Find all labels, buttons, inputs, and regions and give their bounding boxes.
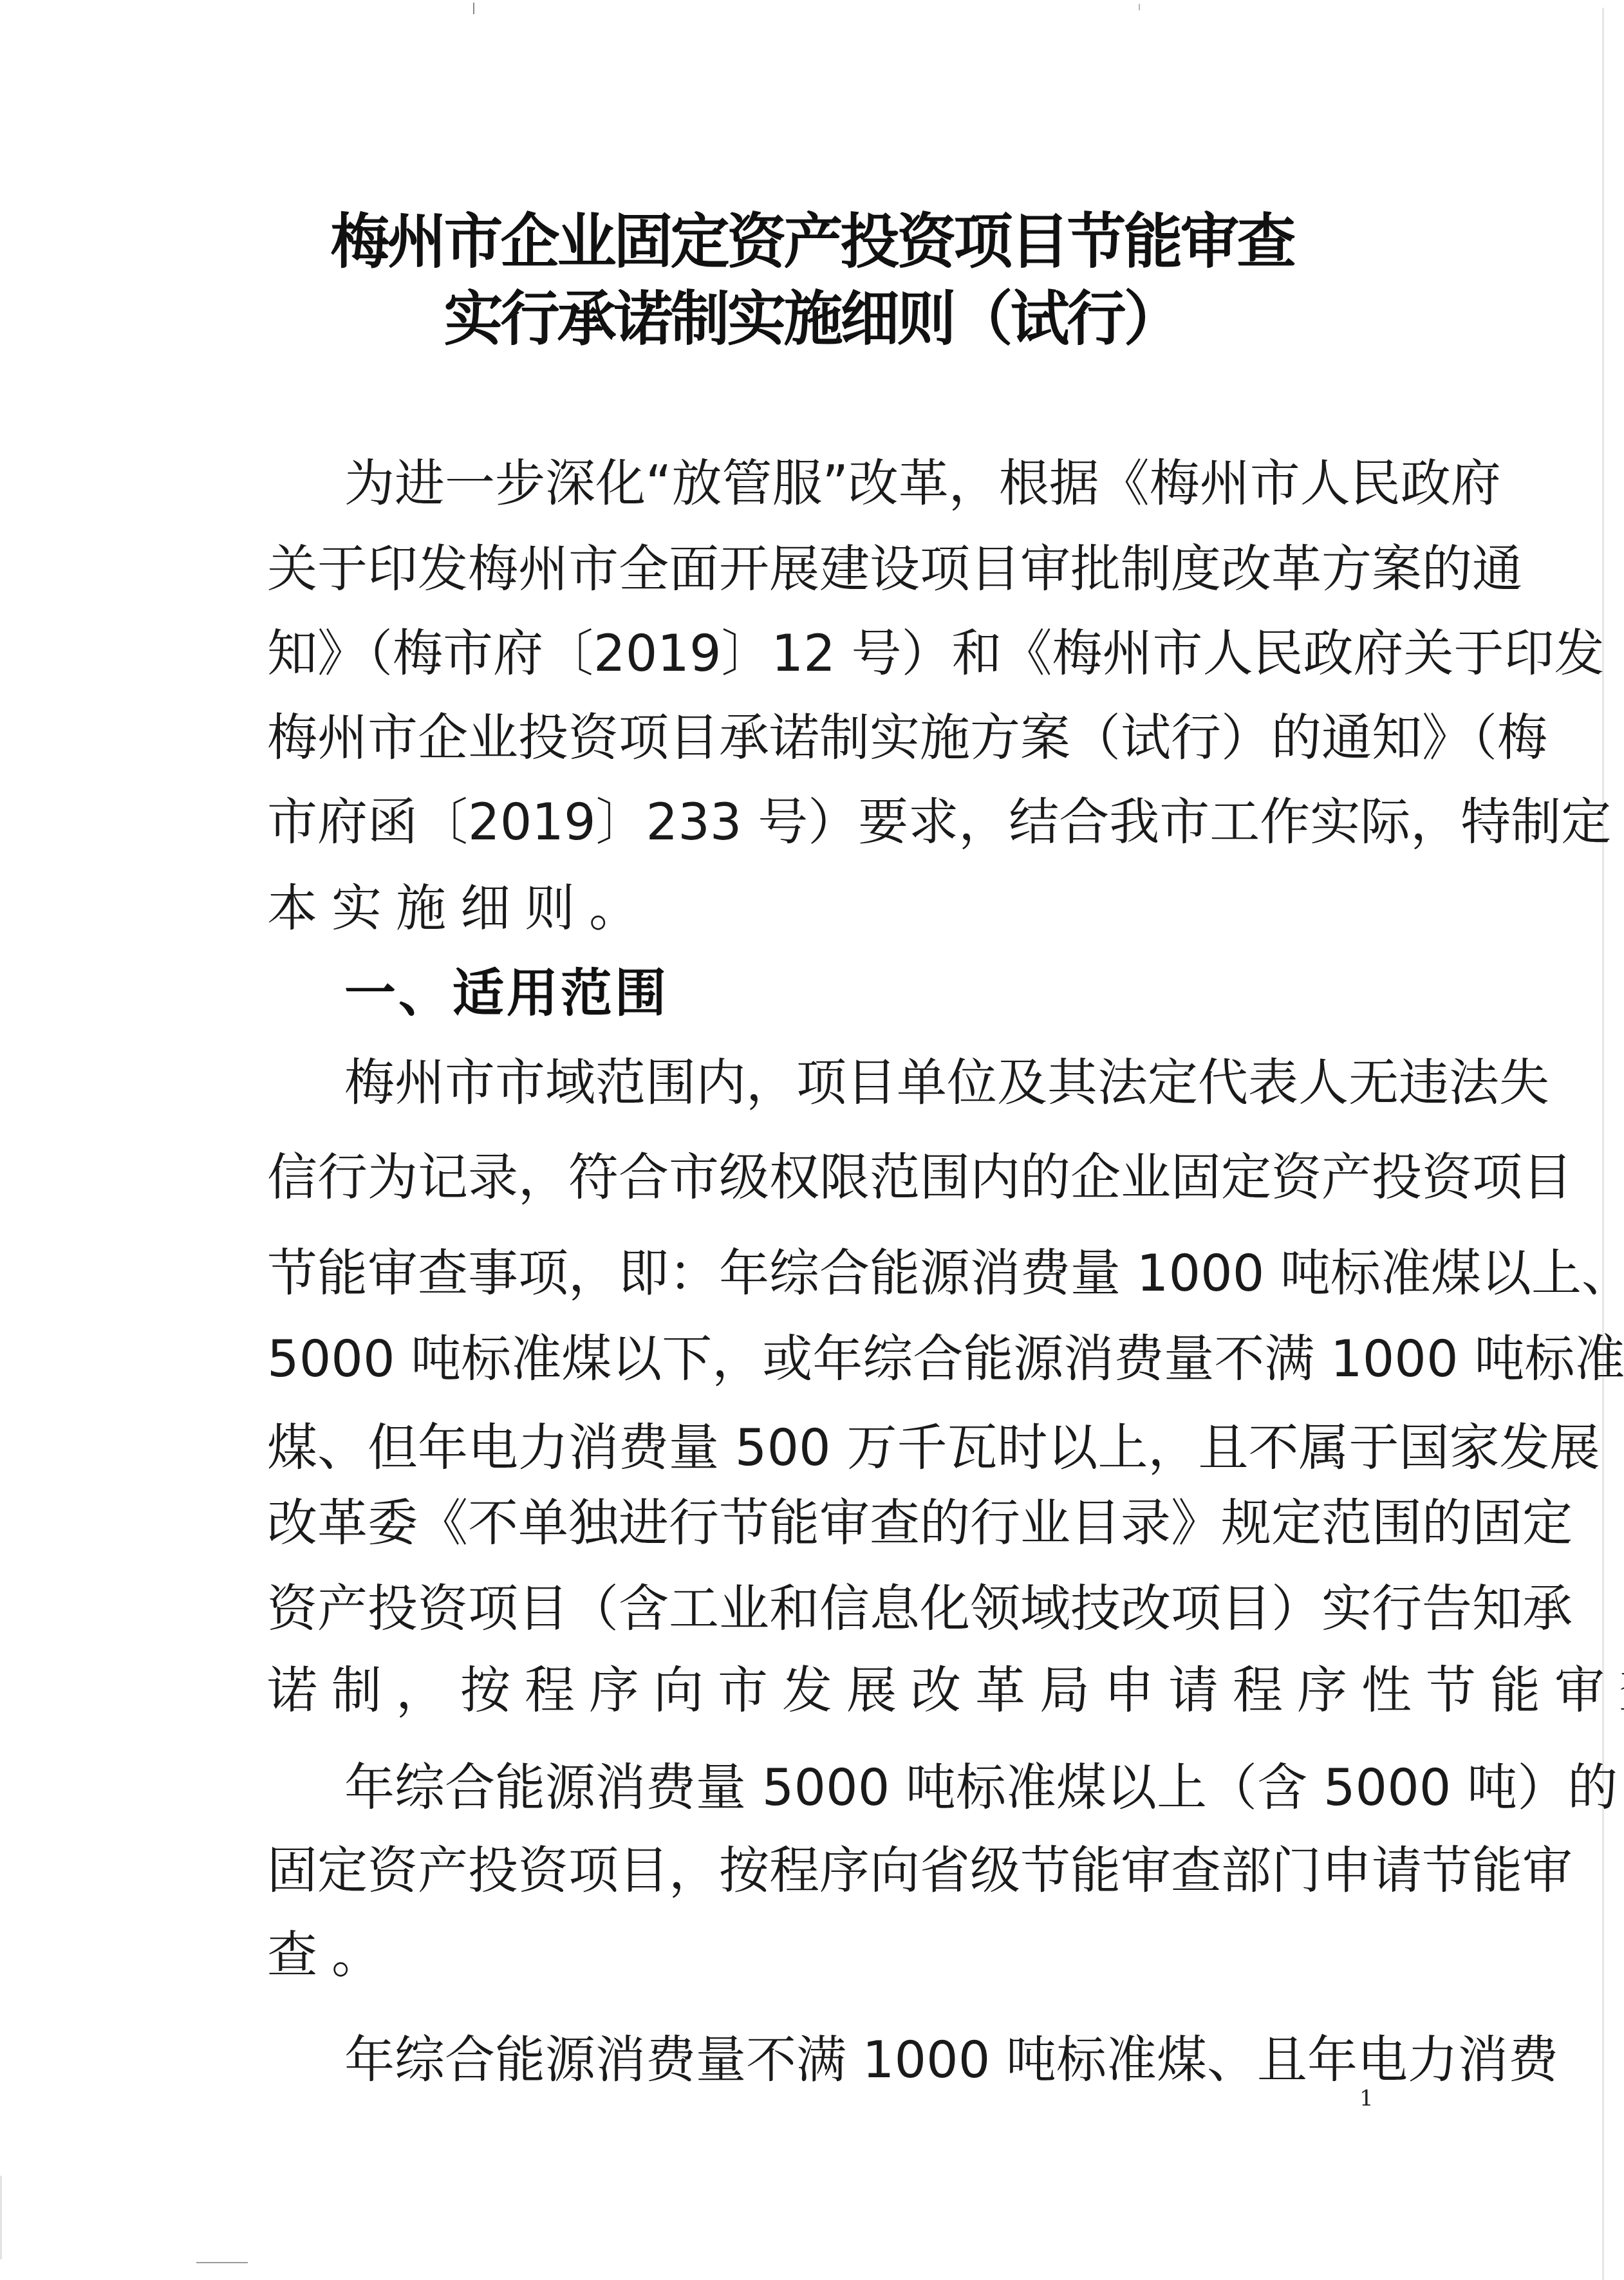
- paragraph-2-line-5: 煤、但年电力消费量 500 万千瓦时以上，且不属于国家发展: [267, 1416, 1387, 1481]
- paragraph-2-line-3: 节能审查事项，即：年综合能源消费量 1000 吨标准煤以上、: [267, 1242, 1387, 1306]
- paragraph-1-line-1: 为进一步深化“放管服”改革，根据《梅州市人民政府: [344, 452, 1387, 516]
- scan-edge-left: [0, 2176, 2, 2259]
- document-title-line-2: 实行承诺制实施细则（试行）: [0, 283, 1624, 354]
- page-number: 1: [1359, 2086, 1374, 2111]
- paragraph-1-line-4: 梅州市企业投资项目承诺制实施方案（试行）的通知》（梅: [267, 706, 1387, 771]
- paragraph-3-line-1: 年综合能源消费量 5000 吨标准煤以上（含 5000 吨）的: [344, 1756, 1387, 1820]
- paragraph-2-line-4: 5000 吨标准煤以下，或年综合能源消费量不满 1000 吨标准: [267, 1327, 1387, 1392]
- paragraph-1-line-2: 关于印发梅州市全面开展建设项目审批制度改革方案的通: [267, 537, 1387, 602]
- section-heading-scope: 一、适用范围: [344, 961, 669, 1025]
- paragraph-2-line-6: 改革委《不单独进行节能审查的行业目录》规定范围的固定: [267, 1491, 1387, 1556]
- paragraph-3-line-2: 固定资产投资项目，按程序向省级节能审查部门申请节能审: [267, 1839, 1387, 1903]
- paragraph-2-line-2: 信行为记录，符合市级权限范围内的企业固定资产投资项目: [267, 1146, 1387, 1210]
- scan-artifact: [473, 3, 474, 14]
- paragraph-2-line-7: 资产投资项目（含工业和信息化领域技改项目）实行告知承: [267, 1577, 1387, 1641]
- paragraph-2-line-1: 梅州市市域范围内，项目单位及其法定代表人无违法失: [344, 1051, 1387, 1116]
- paragraph-2-line-8: 诺制，按程序向市发展改革局申请程序性节能审查。: [267, 1659, 1387, 1723]
- paragraph-4-line-1: 年综合能源消费量不满 1000 吨标准煤、且年电力消费: [344, 2028, 1387, 2093]
- paragraph-1-line-6: 本实施细则。: [267, 877, 1387, 941]
- scan-artifact: [196, 2262, 248, 2263]
- scan-artifact: [1139, 4, 1140, 10]
- document-title-line-1: 梅州市企业固定资产投资项目节能审查: [0, 206, 1624, 277]
- paragraph-1-line-5: 市府函〔2019〕233 号）要求，结合我市工作实际，特制定: [267, 790, 1387, 855]
- paragraph-3-line-3: 查。: [267, 1923, 1387, 1988]
- paragraph-1-line-3: 知》（梅市府〔2019〕12 号）和《梅州市人民政府关于印发: [267, 622, 1387, 686]
- document-page: 梅州市企业固定资产投资项目节能审查 实行承诺制实施细则（试行） 为进一步深化“放…: [0, 0, 1624, 2280]
